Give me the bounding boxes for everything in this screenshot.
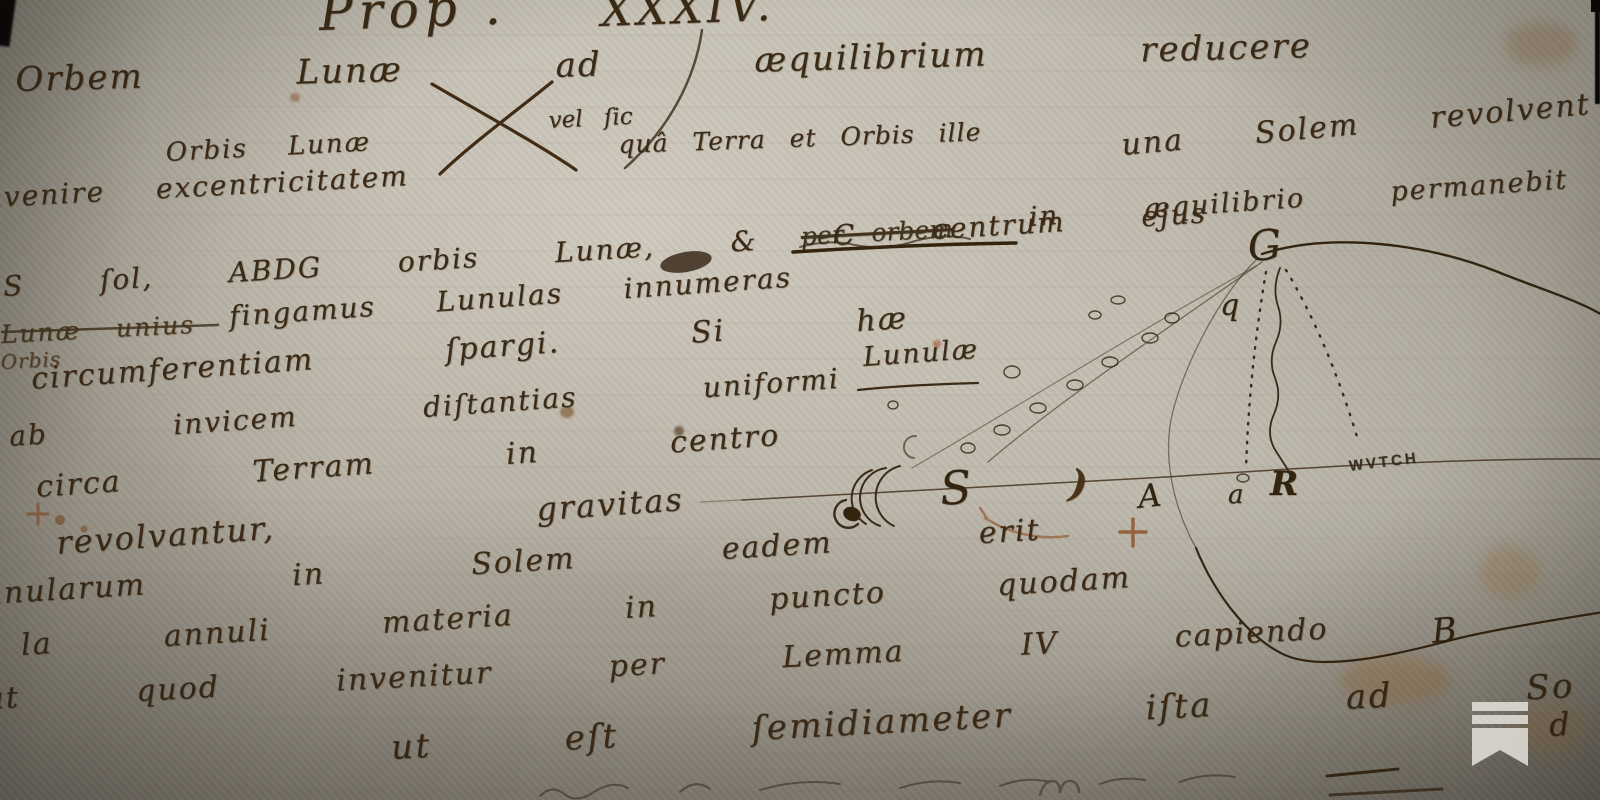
diagram-label-B: B (1430, 610, 1458, 652)
diagram-label-A: A (1136, 476, 1163, 516)
manuscript-photo: Prop . XXXIV. Orbem Lunæ ad æquilibrium … (0, 0, 1600, 800)
substack-logo-bar (1472, 702, 1528, 711)
diagram-label-R: R (1270, 464, 1298, 504)
substack-logo-watermark (1472, 702, 1528, 766)
substack-bookmark-icon (1472, 728, 1528, 766)
diagram-label-q: q (1220, 288, 1239, 323)
page-title-prop: Prop . (318, 0, 507, 42)
diagram-label-G: G (1246, 220, 1283, 271)
diagram-label-a: a (1228, 480, 1244, 510)
substack-logo-bar (1472, 715, 1528, 724)
page-title-number: XXXIV. (600, 0, 775, 37)
diagram-label-S: S (938, 460, 973, 516)
text-fragment: d (1548, 705, 1570, 744)
